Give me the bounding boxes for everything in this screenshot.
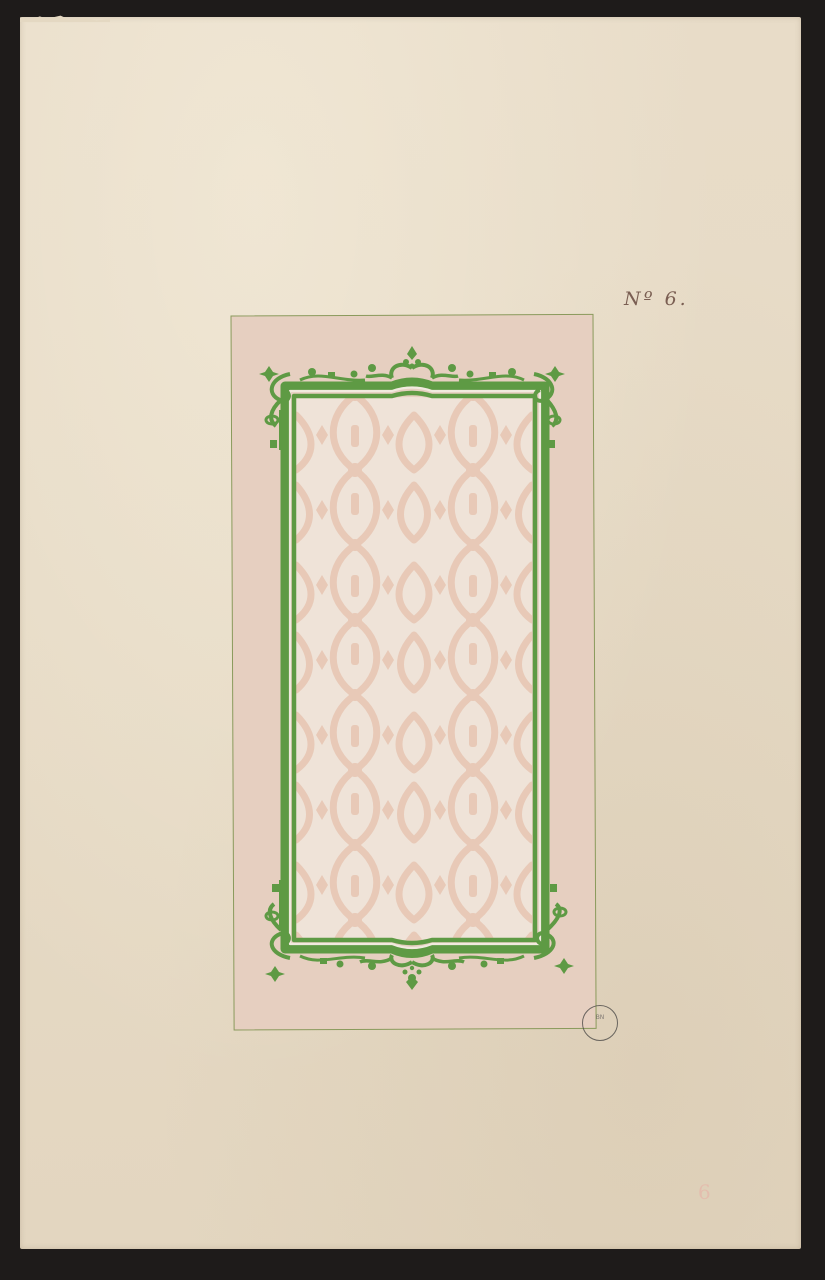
stamp-text: BN — [583, 1014, 617, 1021]
ornamental-frame-artwork — [0, 0, 825, 1280]
library-stamp: BN — [582, 1005, 618, 1041]
sheet-number-mark: 6 — [698, 1180, 711, 1204]
